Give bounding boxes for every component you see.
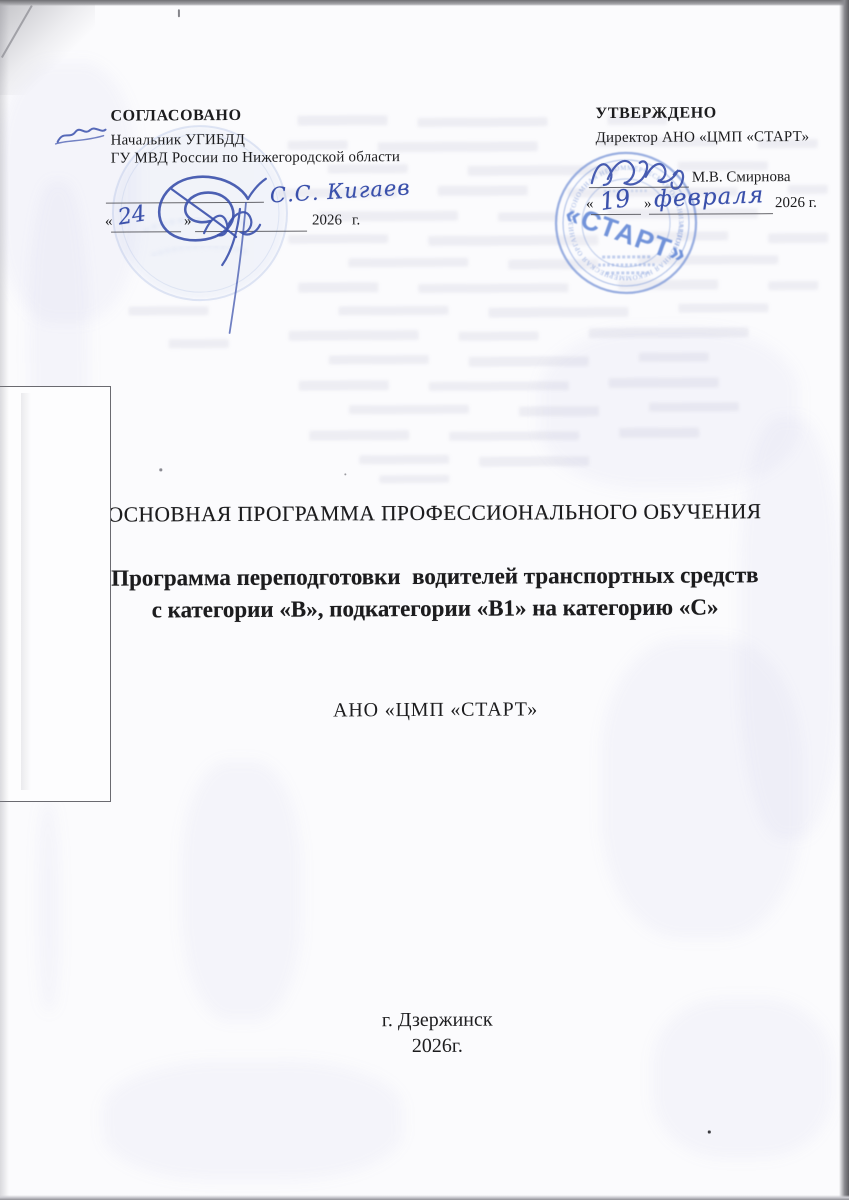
left-date-year-suffix: г. [352, 212, 360, 229]
scan-speck [159, 468, 162, 471]
initial-mark-signature [53, 122, 109, 150]
scan-speck [178, 9, 180, 17]
right-date-close-quote: » [644, 196, 652, 213]
approval-left-line1: Начальник УГИБДД [111, 132, 246, 150]
left-month-scribble [194, 199, 289, 269]
approval-right-label: УТВЕРЖДЕНО [595, 104, 716, 123]
scan-edge-right [839, 0, 849, 1200]
program-subtitle-line1: Программа переподготовки водителей транс… [35, 562, 835, 592]
scan-edge-bottom [0, 1195, 849, 1200]
program-title: ОСНОВНАЯ ПРОГРАММА ПРОФЕССИОНАЛЬНОГО ОБУ… [34, 499, 834, 528]
scan-speck [344, 473, 346, 475]
scan-speck [708, 1130, 711, 1133]
right-date-year: 2026 г. [775, 195, 817, 212]
left-date-open-quote: « [105, 214, 113, 231]
organization-name: АНО «ЦМП «СТАРТ» [36, 697, 836, 724]
paper-sheet: СОГЛАСОВАНО Начальник УГИБДД ГУ МВД Росс… [0, 0, 849, 1200]
approval-right-line1: Директор АНО «ЦМП «СТАРТ» [596, 129, 810, 147]
right-date-month: февраля [653, 182, 764, 212]
left-date-year: 2026 [312, 212, 342, 229]
program-subtitle-line2: с категории «В», подкатегории «В1» на ка… [35, 594, 835, 624]
left-edge-shading [0, 0, 9, 1200]
scanned-document-page: СОГЛАСОВАНО Начальник УГИБДД ГУ МВД Росс… [0, 0, 849, 1200]
footer-year: 2026г. [37, 1033, 837, 1060]
left-date-day: 24 [116, 201, 148, 230]
side-paper-tab [0, 386, 111, 802]
footer-city: г. Дзержинск [37, 1007, 837, 1034]
scan-edge-top [0, 0, 849, 6]
right-date-open-quote: « [586, 196, 594, 213]
right-date-day: 19 [598, 184, 632, 216]
top-left-corner-shading [0, 0, 95, 95]
